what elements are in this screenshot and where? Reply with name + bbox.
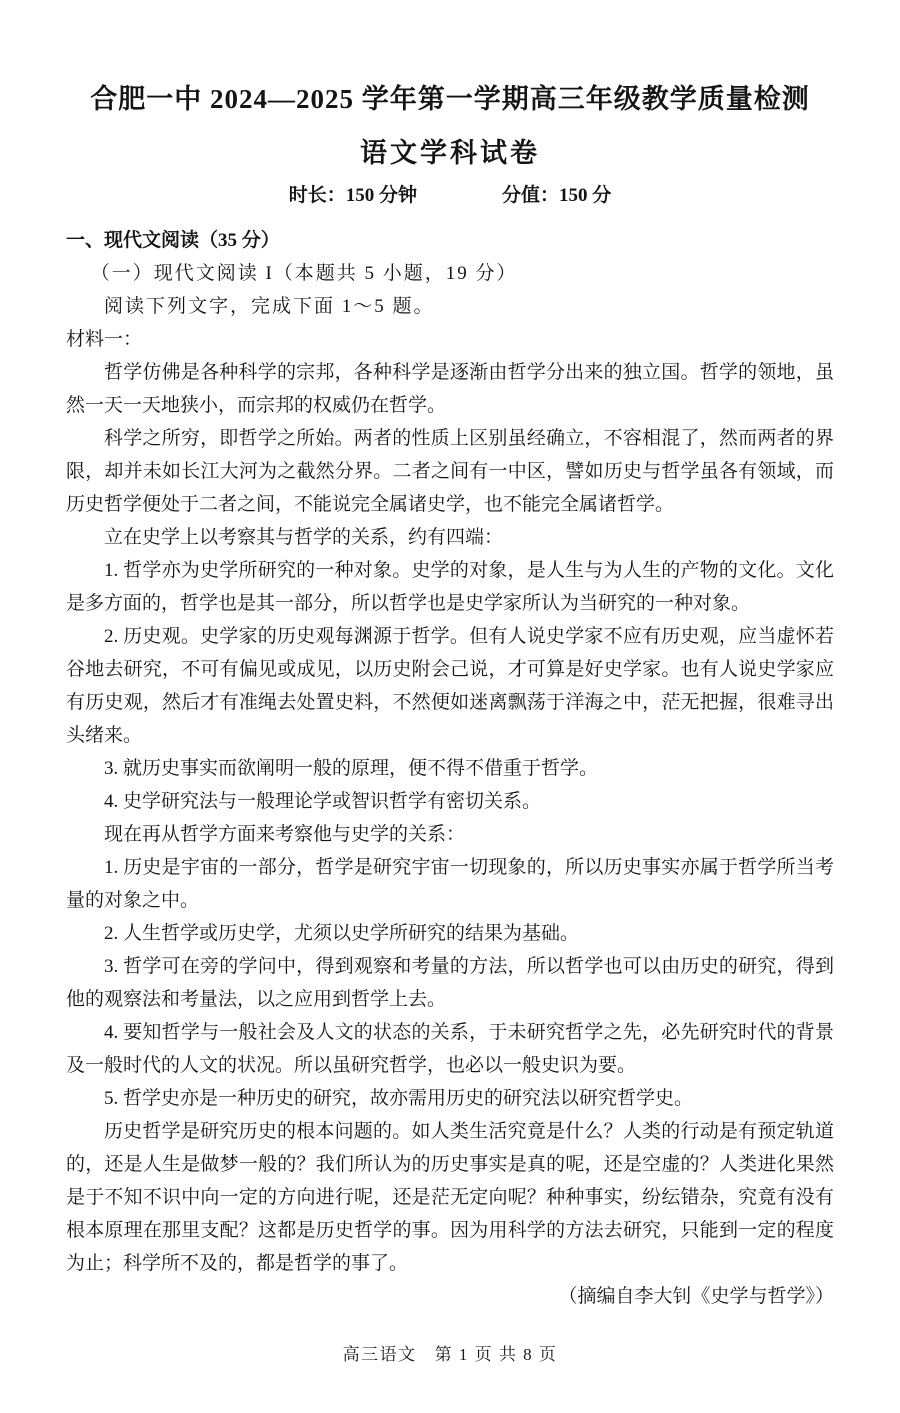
material-paragraph: 3. 就历史事实而欲阐明一般的原理，便不得不借重于哲学。 [66, 752, 834, 785]
material-paragraph: 2. 人生哲学或历史学，尤须以史学所研究的结果为基础。 [66, 917, 834, 950]
material-paragraph: 3. 哲学可在旁的学问中，得到观察和考量的方法，所以哲学也可以由历史的研究，得到… [66, 950, 834, 1016]
material-paragraph: 历史哲学是研究历史的根本问题的。如人类生活究竟是什么？人类的行动是有预定轨道的，… [66, 1115, 834, 1280]
material-paragraph: 5. 哲学史亦是一种历史的研究，故亦需用历史的研究法以研究哲学史。 [66, 1082, 834, 1115]
material-label: 材料一： [66, 323, 834, 356]
material-paragraph: 立在史学上以考察其与哲学的关系，约有四端： [66, 521, 834, 554]
source-attribution: （摘编自李大钊《史学与哲学》） [66, 1280, 834, 1313]
exam-info-row: 时长：150 分钟 分值：150 分 [0, 184, 900, 208]
exam-subtitle: 语文学科试卷 [0, 138, 900, 168]
reading-instruction: 阅读下列文字，完成下面 1～5 题。 [66, 290, 834, 323]
page-footer: 高三语文第 1 页 共 8 页 [0, 1340, 900, 1365]
material-paragraph: 4. 史学研究法与一般理论学或智识哲学有密切关系。 [66, 785, 834, 818]
exam-title: 合肥一中 2024—2025 学年第一学期高三年级教学质量检测 [0, 0, 900, 114]
section-heading: 一、现代文阅读（35 分） [66, 224, 834, 257]
footer-page-number: 第 1 页 共 8 页 [435, 1345, 558, 1364]
material-paragraph: 科学之所穷，即哲学之所始。两者的性质上区别虽经确立，不容相混了，然而两者的界限，… [66, 422, 834, 521]
material-paragraph: 1. 哲学亦为史学所研究的一种对象。史学的对象，是人生与为人生的产物的文化。文化… [66, 554, 834, 620]
footer-course-label: 高三语文 [343, 1345, 417, 1364]
material-paragraph: 4. 要知哲学与一般社会及人文的状态的关系，于未研究哲学之先，必先研究时代的背景… [66, 1016, 834, 1082]
material-paragraph: 2. 历史观。史学家的历史观每渊源于哲学。但有人说史学家不应有历史观，应当虚怀若… [66, 620, 834, 752]
material-paragraph: 1. 历史是宇宙的一部分，哲学是研究宇宙一切现象的，所以历史事实亦属于哲学所当考… [66, 851, 834, 917]
material-paragraph: 现在再从哲学方面来考察他与史学的关系： [66, 818, 834, 851]
exam-paper-page: 合肥一中 2024—2025 学年第一学期高三年级教学质量检测 语文学科试卷 时… [0, 0, 900, 1413]
exam-body: 一、现代文阅读（35 分） （一）现代文阅读 I（本题共 5 小题，19 分） … [66, 224, 834, 1313]
material-paragraph: 哲学仿佛是各种科学的宗邦，各种科学是逐渐由哲学分出来的独立国。哲学的领地，虽然一… [66, 356, 834, 422]
score-label: 分值：150 分 [502, 184, 611, 208]
duration-label: 时长：150 分钟 [289, 184, 417, 208]
subsection-heading: （一）现代文阅读 I（本题共 5 小题，19 分） [66, 257, 834, 290]
